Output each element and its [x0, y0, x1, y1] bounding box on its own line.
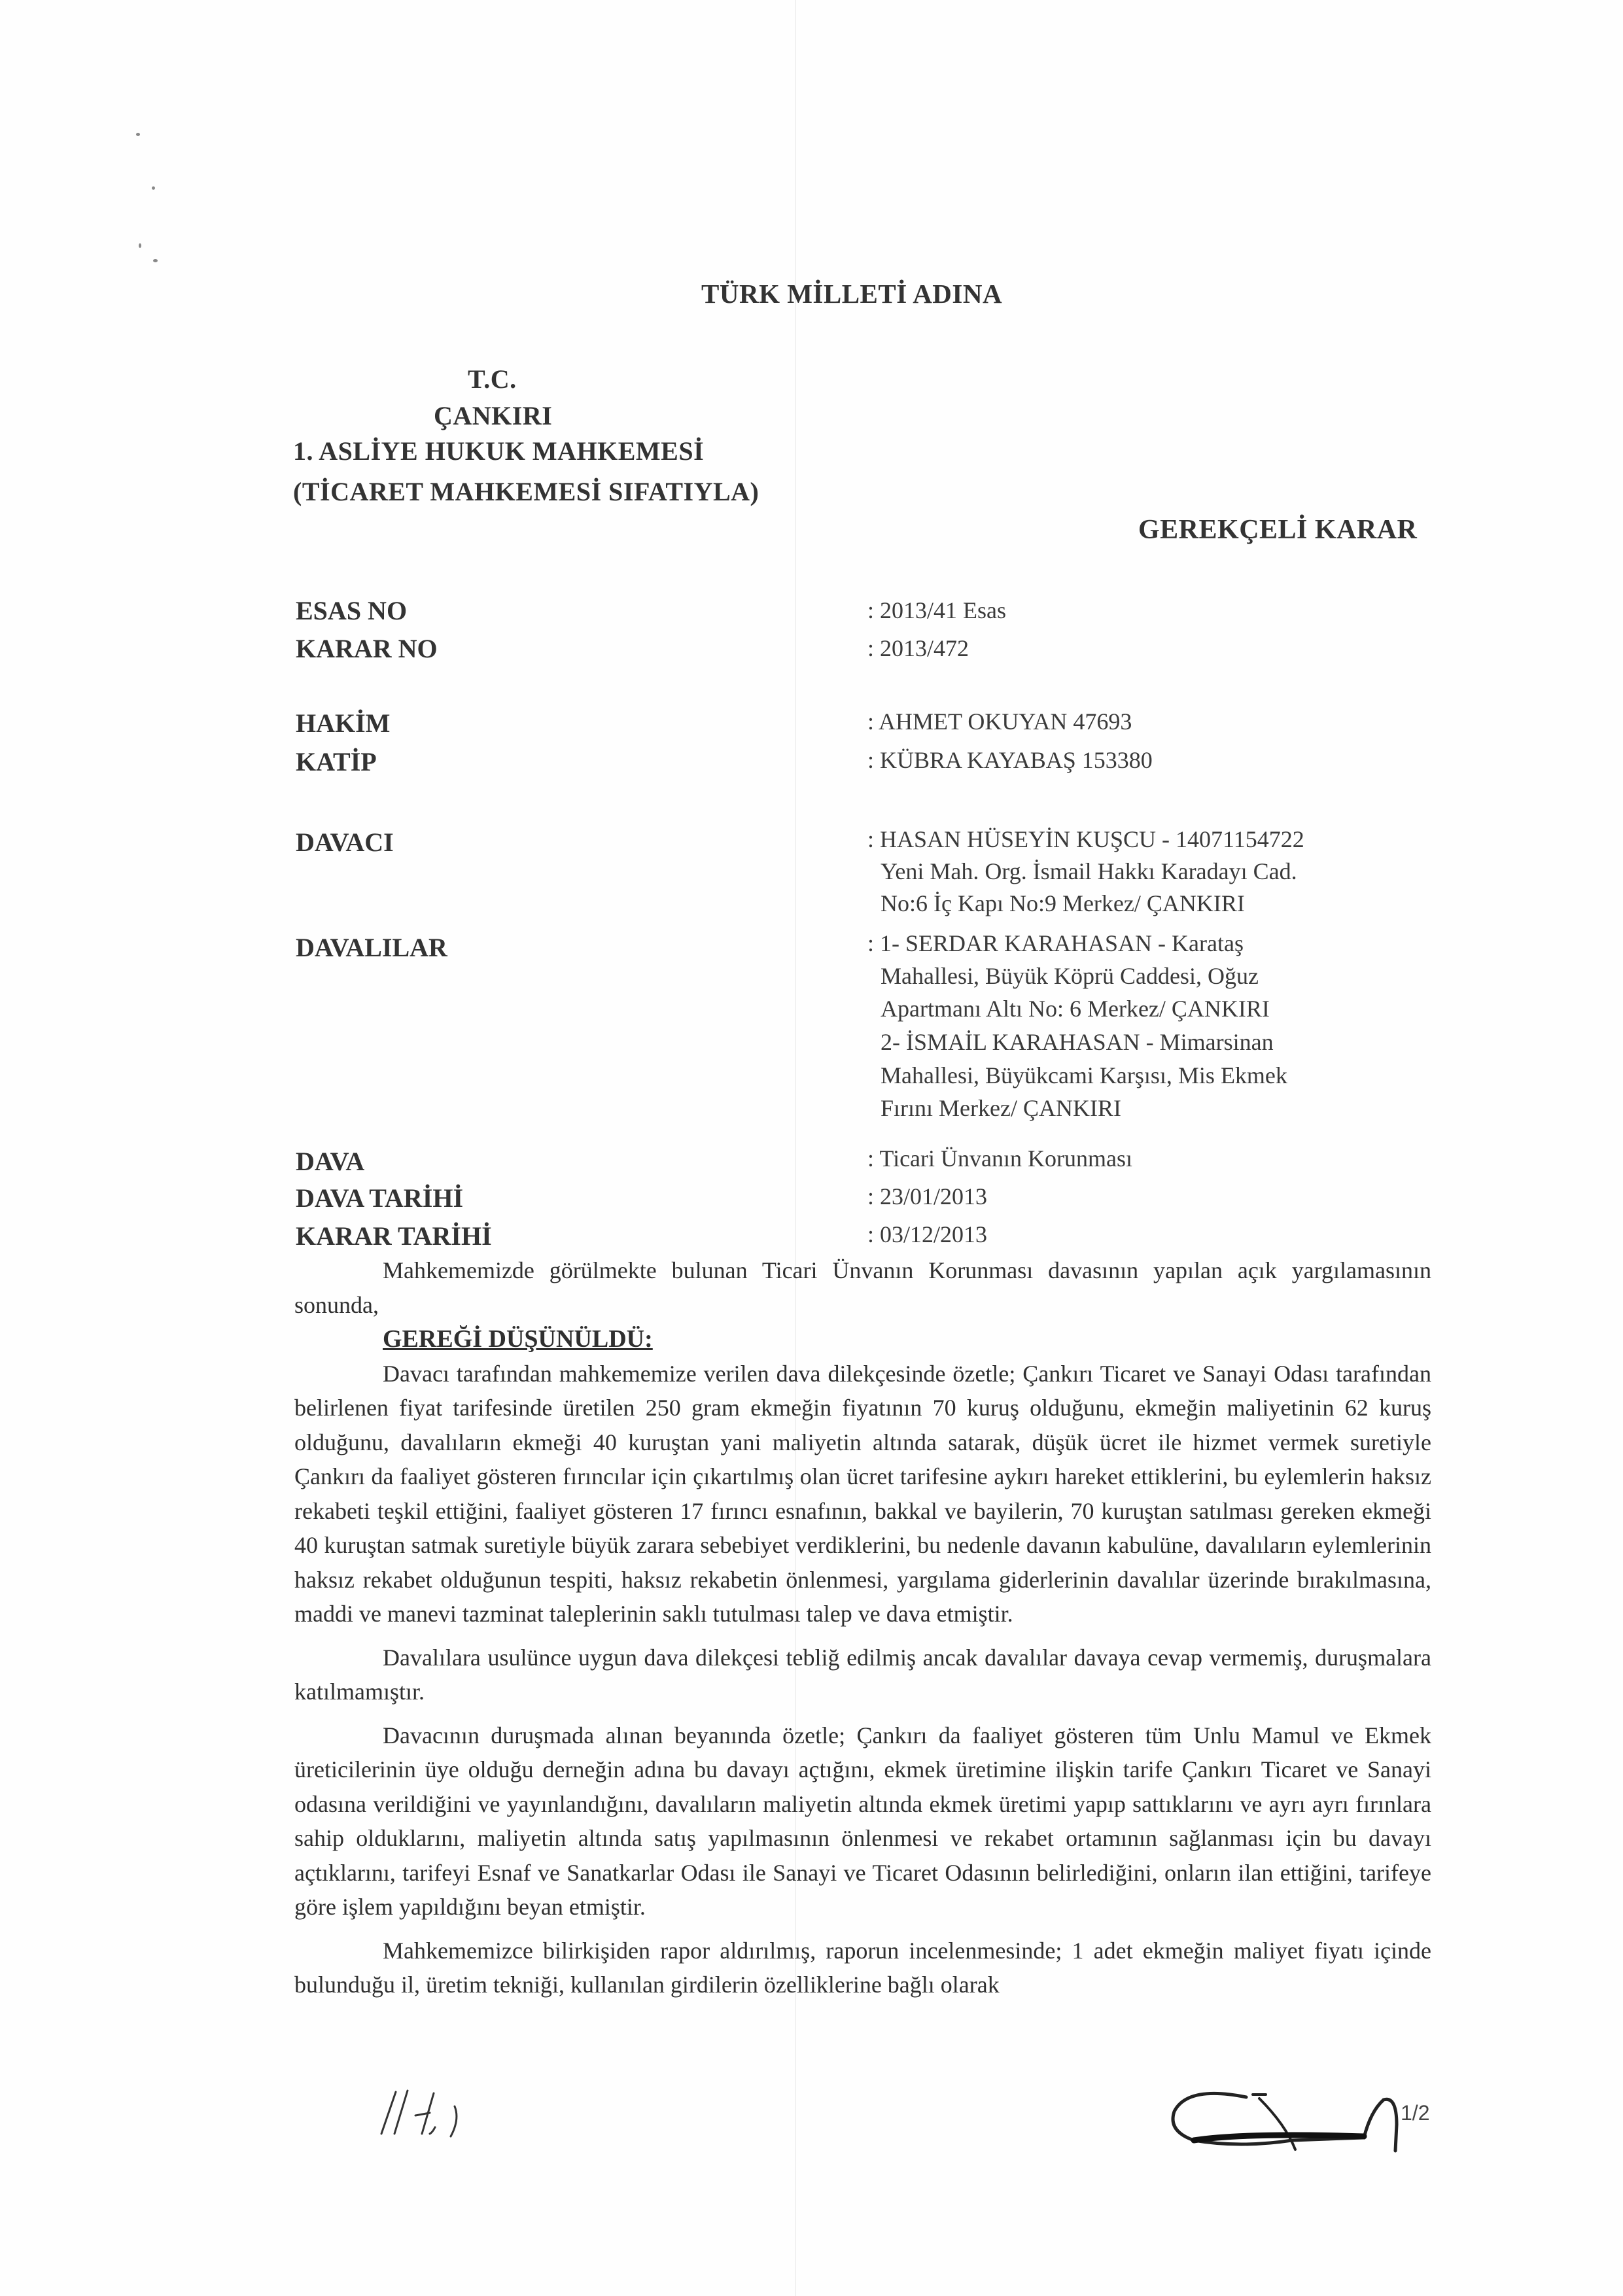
initials-mark [370, 2087, 481, 2139]
intro-paragraph: Mahkememizde görülmekte bulunan Ticari Ü… [294, 1253, 1431, 1322]
dava-label: DAVA [296, 1146, 364, 1177]
scan-speck [139, 243, 141, 248]
davaci-label: DAVACI [296, 827, 394, 858]
katip-value: : KÜBRA KAYABAŞ 153380 [867, 746, 1153, 774]
national-title: TÜRK MİLLETİ ADINA [701, 278, 1002, 309]
body-paragraph: Davacının duruşmada alınan beyanında öze… [294, 1718, 1431, 1924]
davali-1-name: : 1- SERDAR KARAHASAN - Karataş [867, 930, 1244, 957]
scan-speck [153, 259, 158, 262]
davali-address-line: Mahallesi, Büyükcami Karşısı, Mis Ekmek [881, 1062, 1287, 1089]
state-label: T.C. [468, 364, 517, 394]
court-name: 1. ASLİYE HUKUK MAHKEMESİ [293, 436, 704, 466]
scan-speck [136, 133, 140, 136]
dava-tarihi-value: : 23/01/2013 [867, 1183, 987, 1210]
davalilar-label: DAVALILAR [296, 932, 447, 963]
dava-tarihi-label: DAVA TARİHİ [296, 1183, 463, 1213]
section-heading: GEREĞİ DÜŞÜNÜLDÜ: [294, 1322, 1431, 1357]
davaci-address-line: No:6 İç Kapı No:9 Merkez/ ÇANKIRI [881, 890, 1245, 917]
karar-tarihi-value: : 03/12/2013 [867, 1221, 987, 1248]
davali-address-line: Fırını Merkez/ ÇANKIRI [881, 1094, 1121, 1122]
karar-tarihi-label: KARAR TARİHİ [296, 1221, 492, 1251]
scan-speck [152, 186, 155, 190]
body-paragraph: Davalılara usulünce uygun dava dilekçesi… [294, 1641, 1431, 1709]
davaci-address-line: Yeni Mah. Org. İsmail Hakkı Karadayı Cad… [881, 858, 1297, 885]
body-paragraph: Mahkememizce bilirkişiden rapor aldırılm… [294, 1934, 1431, 2002]
katip-label: KATİP [296, 746, 377, 777]
karar-no-value: : 2013/472 [867, 635, 969, 662]
city-label: ÇANKIRI [434, 400, 552, 431]
karar-no-label: KARAR NO [296, 633, 438, 664]
page-number: 1/2 [1401, 2101, 1429, 2125]
esas-no-label: ESAS NO [296, 595, 407, 626]
decision-body: Mahkememizde görülmekte bulunan Ticari Ü… [294, 1253, 1431, 2002]
davali-2-name: 2- İSMAİL KARAHASAN - Mimarsinan [881, 1028, 1274, 1056]
body-paragraph: Davacı tarafından mahkememize verilen da… [294, 1357, 1431, 1631]
davaci-name: : HASAN HÜSEYİN KUŞCU - 14071154722 [867, 826, 1304, 853]
document-type-title: GEREKÇELİ KARAR [1138, 514, 1417, 546]
signature-mark [1148, 2085, 1423, 2157]
hakim-value: : AHMET OKUYAN 47693 [867, 708, 1132, 735]
document-page: TÜRK MİLLETİ ADINA T.C. ÇANKIRI 1. ASLİY… [0, 0, 1623, 2296]
davali-address-line: Mahallesi, Büyük Köprü Caddesi, Oğuz [881, 962, 1259, 990]
davali-address-line: Apartmanı Altı No: 6 Merkez/ ÇANKIRI [881, 995, 1270, 1022]
dava-value: : Ticari Ünvanın Korunması [867, 1145, 1132, 1172]
esas-no-value: : 2013/41 Esas [867, 597, 1006, 624]
court-capacity: (TİCARET MAHKEMESİ SIFATIYLA) [293, 476, 759, 507]
hakim-label: HAKİM [296, 708, 390, 739]
